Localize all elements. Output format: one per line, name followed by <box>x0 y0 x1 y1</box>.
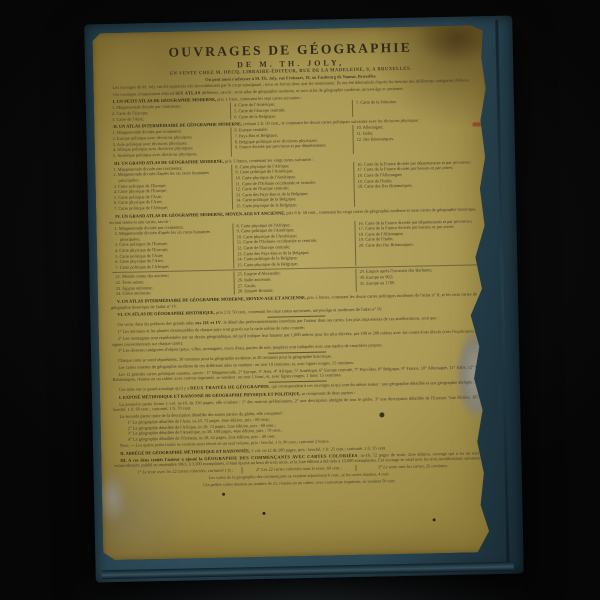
map-list-item: 28. Empire Romain; <box>238 286 353 294</box>
historical-column-1: 21. Monde connu des anciens;22. Terre sa… <box>112 272 233 297</box>
atlas3-column-1: 1. Mappemonde divisée par continents;2. … <box>110 164 232 212</box>
map-list-item: 12. Iles Britanniques. <box>357 134 472 142</box>
atlas6-heading-rest: prix 2 fr. 50 cent., contenant les onze … <box>215 307 383 316</box>
atlas2-column-2: 6. Europe centrale;7. Pays-Bas et Belgiq… <box>230 125 353 156</box>
six-atlas-emphasis: SIX ATLAS <box>175 90 200 96</box>
historical-column-2: 25. Empire d'Alexandre;26. Italie ancien… <box>233 269 355 294</box>
book-pages-edge <box>102 562 514 580</box>
historical-column-3: 29. Empire après l'invasion des Barbares… <box>355 267 477 292</box>
atlas3-map-grid: 1. Mappemonde divisée par continents;2. … <box>110 159 476 212</box>
map-list-item: 5. Amérique politique avec divisions phy… <box>113 150 228 158</box>
improvements-pre: On verra, dans les préfaces des grands a… <box>117 321 197 328</box>
atlas4-column-2: 8. Carte physique de l'Afrique;9. Carte … <box>232 220 355 268</box>
map-list-item: 7. Carte de la Palestine. <box>356 98 471 106</box>
intro-pre: Ces ouvrages comprennent d'abord <box>113 90 176 96</box>
map-list-item: 24. Grèce ancienne; <box>116 289 231 297</box>
atlas4-modern-map-grid: 1. Mappemonde divisée par continents;2. … <box>111 218 477 271</box>
paper-label: OUVRAGES DE GÉOGRAPHIE DE M. TH. JOLY, E… <box>92 25 497 560</box>
map-list-item: 20. Carte des Iles Britanniques. <box>358 182 473 190</box>
map-list-item: 15. Carte physique de la Belgique; <box>236 201 351 209</box>
atlas1-column-2: 4. Carte de l'Amérique;5. Carte de l'Eur… <box>230 100 352 119</box>
map-list-item: 20. Carte des Iles Britanniques. <box>359 240 474 248</box>
atlas3-column-3: 16. Carte de la France divisée par dépar… <box>353 159 476 207</box>
atlas2-column-3: 10. Allemagne;11. Italie;12. Iles Britan… <box>352 123 475 154</box>
two-treatises-emphasis: DEUX TRAITÉS DE GÉOGRAPHIE <box>190 384 269 391</box>
atlas3-column-2: 8. Carte physique de l'Afrique;9. Carte … <box>231 162 354 210</box>
atlas4-heading-lead: IV. UN GRAND ATLAS DE GÉOGRAPHIE MODERNE… <box>115 210 285 219</box>
label-content: OUVRAGES DE GÉOGRAPHIE DE M. TH. JOLY, E… <box>92 25 497 560</box>
atlas4-column-1: 1. Mappemonde divisée par continents;2. … <box>111 223 233 271</box>
treatise1-heading-rest: se composant de deux parties : <box>300 390 355 396</box>
map-list-item: 9. France divisée par provinces et par d… <box>235 142 350 150</box>
atlas5-heading-lead: V. UN ATLAS INTERMÉDIAIRE DE GÉOGRAPHIE … <box>117 295 306 304</box>
book-spine-edge <box>495 20 509 568</box>
atlas1-column-1: 1. Mappemonde divisée par continents;2. … <box>109 103 230 122</box>
atlas4-column-3: 16. Carte de la France divisée par dépar… <box>354 218 477 266</box>
treatises-pre: Ces atlas ont ce grand avantage qu'il y … <box>119 386 190 392</box>
atlas6-heading-lead: VI. UN ATLAS DE GÉOGRAPHIE HISTORIQUE, <box>117 310 215 317</box>
book-cover: OUVRAGES DE GÉOGRAPHIE DE M. TH. JOLY, E… <box>84 16 524 583</box>
map-list-item: 7. Carte politique de l'Afrique; <box>114 204 229 212</box>
atlas1-column-3: 7. Carte de la Palestine. <box>352 98 474 117</box>
improvements-atlas-refs: os III et IV <box>197 320 221 326</box>
atlas2-column-1: 1. Mappemonde divisée par continents;2. … <box>109 128 231 159</box>
photo-background: OUVRAGES DE GÉOGRAPHIE DE M. TH. JOLY, E… <box>0 0 600 600</box>
